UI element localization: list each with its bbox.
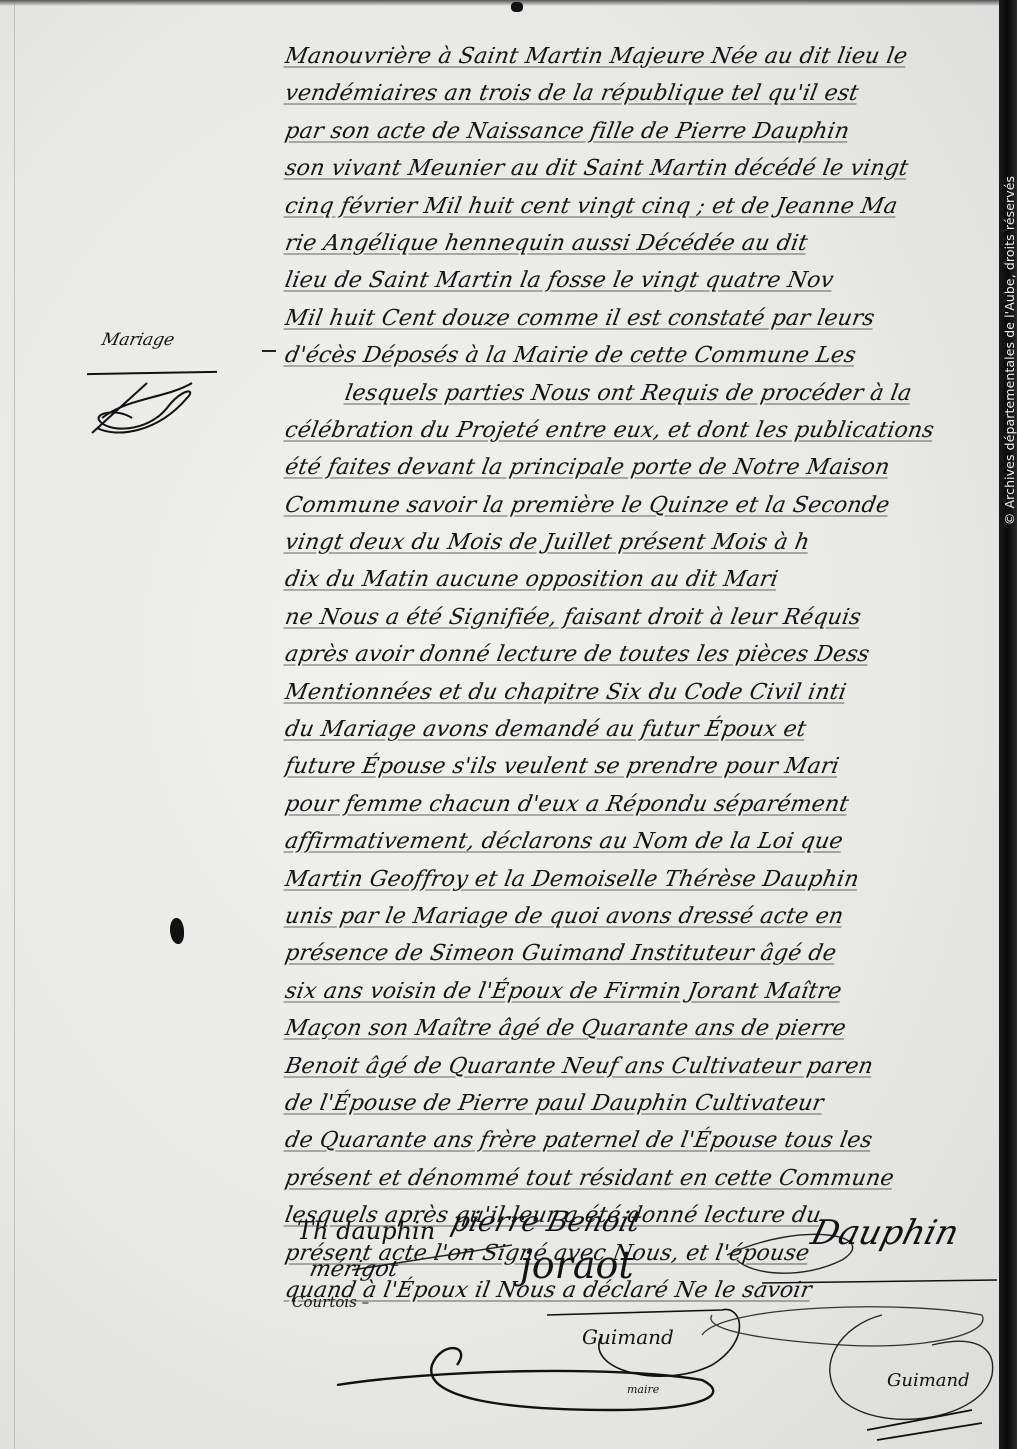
text-line: lesquels parties Nous ont Requis de proc…: [282, 375, 1004, 412]
mayor-title: maire: [627, 1383, 659, 1396]
scan-top-shadow: [0, 0, 1017, 6]
text-line: Martin Geoffroy et la Demoiselle Thérèse…: [282, 861, 1004, 898]
text-line: ne Nous a été Signifiée, faisant droit à…: [282, 599, 1004, 636]
text-line: unis par le Mariage de quoi avons dressé…: [282, 898, 1004, 935]
text-line: vendémiaires an trois de la république t…: [282, 75, 1004, 112]
text-line: été faites devant la principale porte de…: [282, 449, 1004, 486]
copyright-watermark: © Archives départementales de l'Aube, dr…: [1003, 120, 1017, 580]
text-line: son vivant Meunier au dit Saint Martin d…: [282, 150, 1004, 187]
text-line: de Quarante ans frère paternel de l'Épou…: [282, 1122, 1004, 1159]
text-line: lieu de Saint Martin la fosse le vingt q…: [282, 262, 1004, 299]
text-line: rie Angélique hennequin aussi Décédée au…: [282, 225, 1004, 262]
text-line: après avoir donné lecture de toutes les …: [282, 636, 1004, 673]
text-line: célébration du Projeté entre eux, et don…: [282, 412, 1004, 449]
watermark-text: © Archives départementales de l'Aube, dr…: [1003, 175, 1017, 524]
ink-blot-top: [511, 2, 523, 12]
text-line: future Épouse s'ils veulent se prendre p…: [282, 748, 1004, 785]
signature-dauphin: Dauphin: [807, 1213, 963, 1253]
text-line: par son acte de Naissance fille de Pierr…: [282, 113, 1004, 150]
text-line: d'écès Déposés à la Mairie de cette Comm…: [282, 337, 1004, 374]
signature-block: Th dauphin mérigot Courtois – pierre Ben…: [282, 1205, 997, 1449]
text-line: cinq février Mil huit cent vingt cinq ; …: [282, 188, 1004, 225]
ink-blot: [170, 918, 184, 944]
signature-courtois: Courtois –: [292, 1293, 369, 1311]
text-line: Commune savoir la première le Quinze et …: [282, 487, 1004, 524]
text-line: dix du Matin aucune opposition au dit Ma…: [282, 561, 1004, 598]
paraph-flourish-icon: [87, 378, 207, 438]
signature-th-dauphin: Th dauphin: [297, 1217, 435, 1245]
text-line: pour femme chacun d'eux a Répondu séparé…: [282, 786, 1004, 823]
margin-annotation: Mariage: [82, 330, 282, 440]
signature-guimand-instituteur: Guimand: [887, 1370, 970, 1391]
text-line: Benoit âgé de Quarante Neuf ans Cultivat…: [282, 1048, 1004, 1085]
text-line: affirmativement, déclarons au Nom de la …: [282, 823, 1004, 860]
signature-pierre-benoit: pierre Benoit: [448, 1205, 644, 1238]
text-line: présent et dénommé tout résidant en cett…: [282, 1160, 1004, 1197]
text-line: Manouvrière à Saint Martin Majeure Née a…: [282, 38, 1004, 75]
text-line: présence de Simeon Guimand Instituteur â…: [282, 935, 1004, 972]
text-line: du Mariage avons demandé au futur Époux …: [282, 711, 1004, 748]
signature-mayor-guimand: Guimand: [582, 1325, 674, 1349]
record-body: Manouvrière à Saint Martin Majeure Née a…: [282, 38, 997, 1309]
text-line: six ans voisin de l'Époux de Firmin Jora…: [282, 973, 1004, 1010]
manuscript-page: Mariage Manouvrière à Saint Martin Majeu…: [0, 0, 1000, 1449]
text-line: vingt deux du Mois de Juillet présent Mo…: [282, 524, 1004, 561]
text-line: de l'Épouse de Pierre paul Dauphin Culti…: [282, 1085, 1004, 1122]
margin-underline: [87, 371, 217, 375]
text-line: Mil huit Cent douze comme il est constat…: [282, 300, 1004, 337]
text-line: Mentionnées et du chapitre Six du Code C…: [282, 674, 1004, 711]
signature-merigot: mérigot: [307, 1257, 400, 1282]
page-margin-rule: [14, 0, 15, 1449]
text-line: Maçon son Maître âgé de Quarante ans de …: [282, 1010, 1004, 1047]
signature-joraot: joraot: [520, 1243, 634, 1287]
margin-title: Mariage: [100, 330, 176, 350]
margin-dash: [262, 350, 276, 352]
